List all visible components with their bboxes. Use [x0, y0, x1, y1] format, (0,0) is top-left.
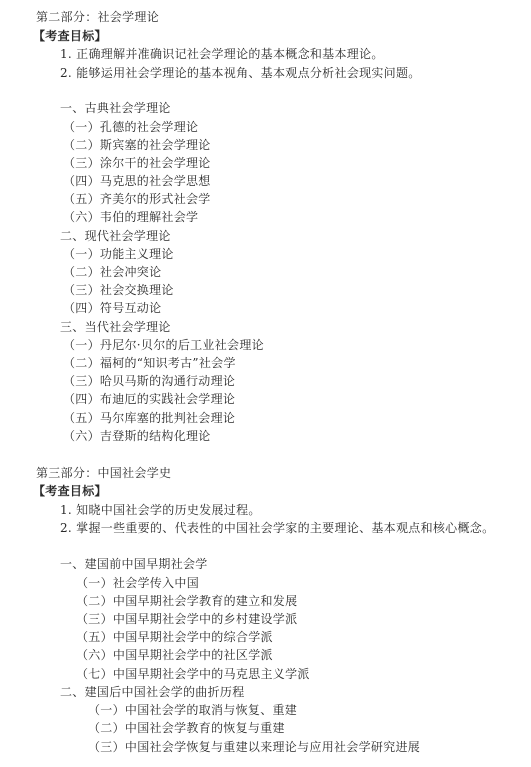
list-item: （四）马克思的社会学思想	[63, 174, 211, 188]
part2-goal-2: 2. 能够运用社会学理论的基本视角、基本观点分析社会现实问题。	[60, 66, 421, 80]
list-item: （一）社会学传入中国	[76, 576, 199, 590]
list-item: （七）中国早期社会学中的马克思主义学派	[76, 667, 310, 681]
list-item: （六）韦伯的理解社会学	[63, 210, 198, 224]
part3-goal-1: 1. 知晓中国社会学的历史发展过程。	[60, 503, 261, 517]
list-item: （三）涂尔干的社会学理论	[63, 156, 211, 170]
part3-goal-label: 【考查目标】	[33, 484, 107, 498]
list-item: （三）哈贝马斯的沟通行动理论	[63, 374, 235, 388]
list-item: （一）中国社会学的取消与恢复、重建	[88, 703, 297, 717]
list-item: （三）社会交换理论	[63, 283, 174, 297]
part3-section-1-heading: 一、建国前中国早期社会学	[60, 557, 208, 571]
part2-section-3-heading: 三、当代社会学理论	[60, 320, 171, 334]
list-item: （四）符号互动论	[63, 301, 161, 315]
list-item: （一）丹尼尔·贝尔的后工业社会理论	[63, 338, 264, 352]
part2-section-1-heading: 一、古典社会学理论	[60, 101, 171, 115]
list-item: （五）中国早期社会学中的综合学派	[76, 630, 273, 644]
part3-title: 第三部分：中国社会学史	[36, 466, 171, 480]
list-item: （三）中国社会学恢复与重建以来理论与应用社会学研究进展	[88, 740, 420, 754]
list-item: （一）孔德的社会学理论	[63, 120, 198, 134]
list-item: （四）布迪厄的实践社会学理论	[63, 392, 235, 406]
list-item: （二）中国早期社会学教育的建立和发展	[76, 594, 297, 608]
part2-goal-label: 【考查目标】	[33, 29, 107, 43]
list-item: （五）齐美尔的形式社会学	[63, 192, 211, 206]
list-item: （二）斯宾塞的社会学理论	[63, 138, 211, 152]
list-item: （六）中国早期社会学中的社区学派	[76, 648, 273, 662]
list-item: （一）功能主义理论	[63, 247, 174, 261]
part2-goal-1: 1. 正确理解并准确识记社会学理论的基本概念和基本理论。	[60, 47, 384, 61]
part2-section-2-heading: 二、现代社会学理论	[60, 229, 171, 243]
list-item: （六）吉登斯的结构化理论	[63, 429, 211, 443]
list-item: （二）中国社会学教育的恢复与重建	[88, 721, 285, 735]
list-item: （二）福柯的“知识考古”社会学	[63, 356, 236, 370]
list-item: （三）中国早期社会学中的乡村建设学派	[76, 612, 297, 626]
part3-section-2-heading: 二、建国后中国社会学的曲折历程	[60, 685, 245, 699]
part3-goal-2: 2. 掌握一些重要的、代表性的中国社会学家的主要理论、基本观点和核心概念。	[60, 521, 494, 535]
list-item: （五）马尔库塞的批判社会理论	[63, 411, 235, 425]
part2-title: 第二部分：社会学理论	[36, 10, 159, 24]
list-item: （二）社会冲突论	[63, 265, 161, 279]
